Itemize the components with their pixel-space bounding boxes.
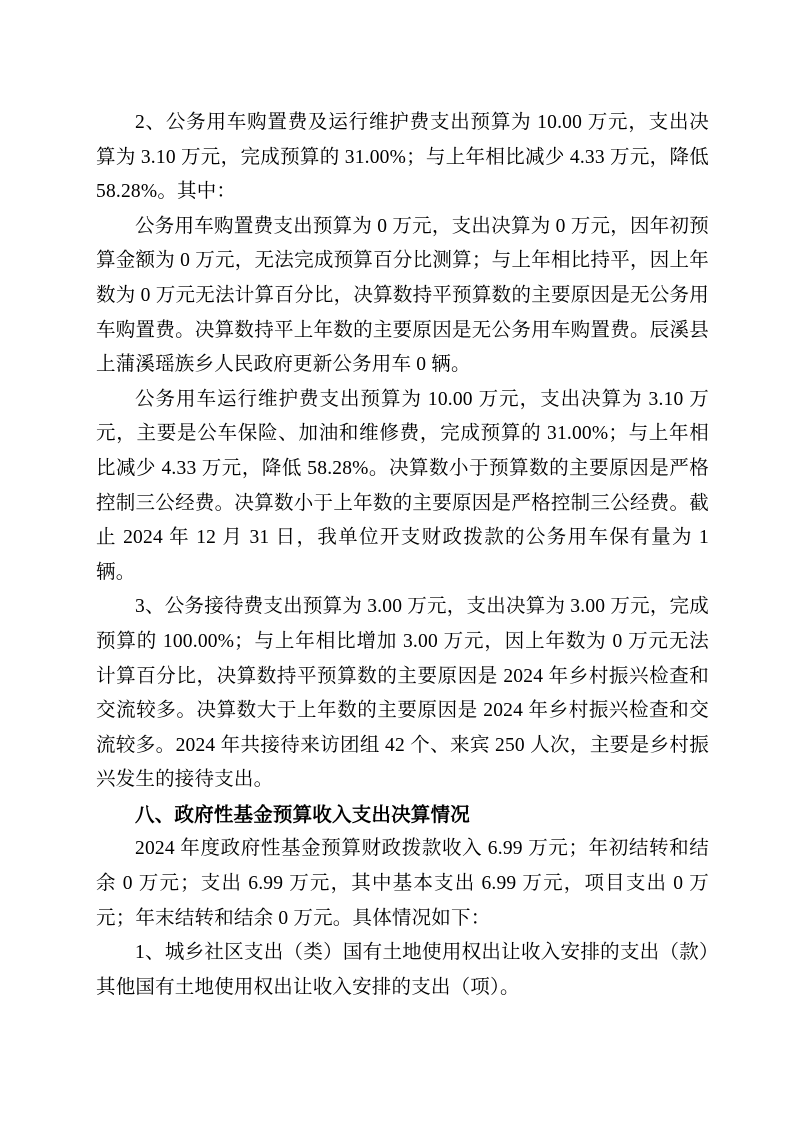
document-page: 2、公务用车购置费及运行维护费支出预算为 10.00 万元，支出决算为 3.10… — [0, 0, 793, 1122]
paragraph-official-vehicle-total: 2、公务用车购置费及运行维护费支出预算为 10.00 万元，支出决算为 3.10… — [96, 106, 709, 210]
paragraph-urban-rural-community-expenditure: 1、城乡社区支出（类）国有土地使用权出让收入安排的支出（款）其他国有土地使用权出… — [96, 936, 709, 1005]
paragraph-vehicle-purchase-fee: 公务用车购置费支出预算为 0 万元，支出决算为 0 万元，因年初预算金额为 0 … — [96, 210, 709, 383]
document-body: 2、公务用车购置费及运行维护费支出预算为 10.00 万元，支出决算为 3.10… — [96, 106, 709, 1005]
paragraph-vehicle-operation-fee: 公务用车运行维护费支出预算为 10.00 万元，支出决算为 3.10 万元，主要… — [96, 383, 709, 591]
paragraph-gov-fund-summary: 2024 年度政府性基金预算财政拨款收入 6.99 万元；年初结转和结余 0 万… — [96, 832, 709, 936]
paragraph-official-reception-fee: 3、公务接待费支出预算为 3.00 万元，支出决算为 3.00 万元，完成预算的… — [96, 590, 709, 798]
section-heading-gov-fund-budget: 八、政府性基金预算收入支出决算情况 — [96, 798, 709, 833]
